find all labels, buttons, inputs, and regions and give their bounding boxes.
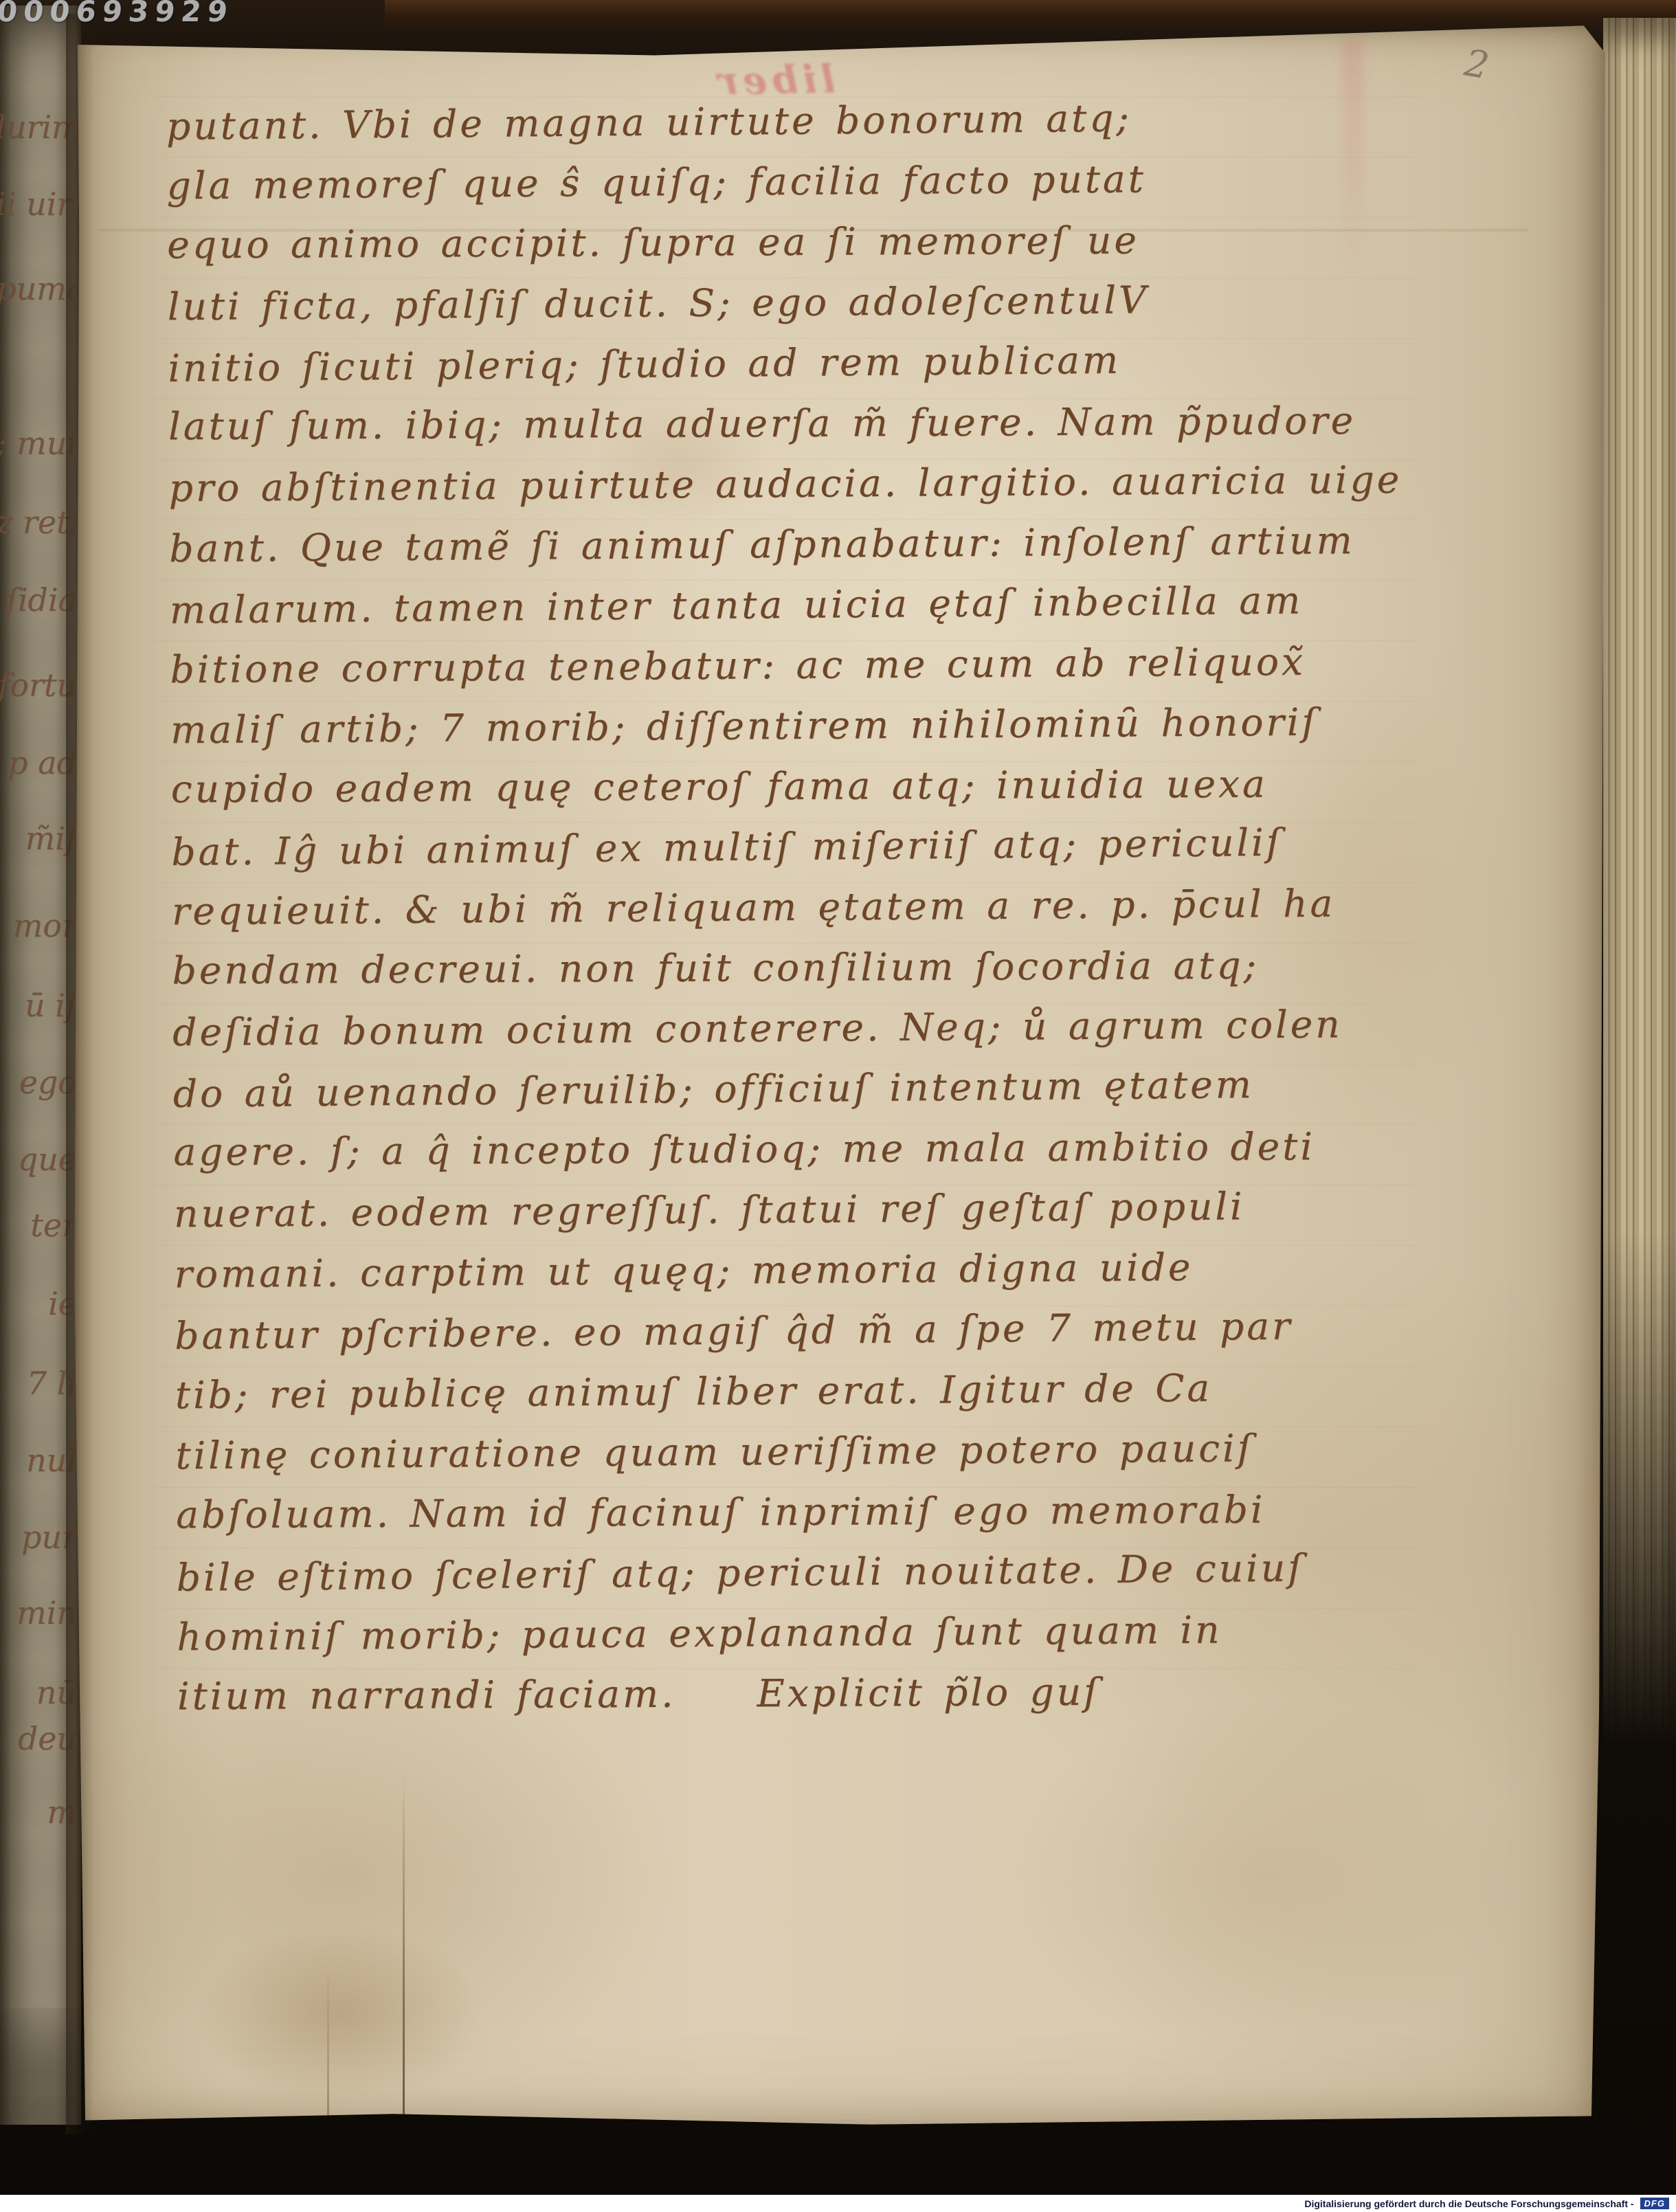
parchment-page: liber 2 putant. Vbi de magna uirtute bon… xyxy=(71,15,1605,2133)
manuscript-line: latuſ ſum. ibiq; multa aduerſa m̃ fuere.… xyxy=(168,399,1402,465)
inventory-number-ghost: 000693929 xyxy=(0,0,236,28)
folio-number: 2 xyxy=(1462,41,1493,87)
manuscript-line: bat. Iĝ ubi animuſ ex multiſ miſeriiſ at… xyxy=(171,819,1405,891)
manuscript-line: bendam decreui. non fuit conſilium ſocor… xyxy=(172,943,1405,1009)
manuscript-line: bile eſtimo ſceleriſ atq; periculi nouit… xyxy=(176,1545,1409,1616)
manuscript-line: agere. ſ; a q̂ incepto ſtudioq; me mala … xyxy=(173,1124,1407,1191)
manuscript-line: nuerat. eodem regreſſuſ. ſtatui reſ geſt… xyxy=(174,1183,1407,1253)
manuscript-line: putant. Vbi de magna uirtute bonorum atq… xyxy=(166,93,1400,165)
manuscript-line: bitione corrupta tenebatur: ac me cum ab… xyxy=(170,639,1403,708)
vertical-crease xyxy=(403,1774,405,2132)
margin-fragment: ſidia xyxy=(0,581,77,618)
manuscript-line: maliſ artib; 7 morib; diſſentirem nihilo… xyxy=(170,700,1404,769)
manuscript-line: gla memoreſ que ŝ quiſq; facilia facto p… xyxy=(166,155,1400,225)
vertical-crease xyxy=(327,1967,329,2132)
margin-fragment: ii uirt xyxy=(0,186,77,223)
margin-fragment: m xyxy=(0,1794,77,1831)
manuscript-line: requieuit. & ubi m̃ reliquam ętatem a re… xyxy=(172,881,1405,950)
credit-text: Digitalisierung gefördert durch die Deut… xyxy=(1304,2198,1633,2209)
dfg-logo: DFG xyxy=(1640,2198,1669,2209)
margin-fragment: ie xyxy=(0,1285,77,1322)
manuscript-line: tib; rei publicę animuſ liber erat. Igit… xyxy=(175,1365,1409,1434)
margin-fragment: fortu xyxy=(0,667,77,704)
margin-fragment: ; muta xyxy=(0,425,77,462)
manuscript-line: initio ſicuti pleriq; ſtudio ad rem publ… xyxy=(168,335,1401,407)
manuscript-photo: lurimūii uirtpuma; mutaz retiſidiafortup… xyxy=(0,0,1676,2212)
margin-fragment: p ad xyxy=(0,744,77,781)
margin-fragment: que xyxy=(0,1141,77,1178)
margin-fragment: deu xyxy=(0,1720,77,1757)
margin-fragment: nul xyxy=(0,1442,77,1479)
margin-fragment: z reti xyxy=(0,504,77,541)
parchment-stain xyxy=(999,1699,1521,2056)
digitization-credit-bar: Digitalisierung gefördert durch die Deut… xyxy=(0,2195,1676,2212)
margin-fragment: 7 li xyxy=(0,1365,77,1402)
margin-fragment: min xyxy=(0,1594,77,1631)
manuscript-line: hominiſ morib; pauca explananda ſunt qua… xyxy=(177,1607,1410,1676)
margin-fragment: lurimū xyxy=(0,109,77,146)
book-cover-edge xyxy=(385,0,1676,30)
manuscript-line: tilinę coniuratione quam ueriſſime poter… xyxy=(175,1425,1409,1495)
manuscript-line: itium narrandi faciam. Explicit p̃lo guſ xyxy=(177,1668,1411,1735)
manuscript-line: abſoluam. Nam id facinuſ inprimiſ ego me… xyxy=(176,1487,1409,1554)
margin-fragment: puma xyxy=(0,270,77,307)
manuscript-line: deſidia bonum ocium conterere. Neq; ů ag… xyxy=(172,1002,1406,1071)
margin-fragment: nū xyxy=(0,1674,77,1711)
text-block: putant. Vbi de magna uirtute bonorum atq… xyxy=(166,95,1411,1736)
manuscript-line: bantur pſcribere. eo magiſ q̂d m̃ a ſpe … xyxy=(175,1303,1408,1374)
margin-fragment: ter xyxy=(0,1207,77,1244)
margin-fragment: mor xyxy=(0,907,77,944)
manuscript-line: pro abſtinentia puirtute audacia. largit… xyxy=(168,458,1402,527)
margin-fragment: m̃iſ xyxy=(0,820,77,857)
margin-fragment: ego xyxy=(0,1064,77,1101)
manuscript-line: equo animo accipit. ſupra ea ſi memoreſ … xyxy=(167,217,1400,284)
fore-edge-page-stack xyxy=(1603,18,1676,1750)
margin-fragment: pur xyxy=(0,1519,77,1556)
manuscript-line: do aů uenando ſeruilib; officiuſ intentu… xyxy=(172,1061,1406,1132)
bleedthrough-rubric-text: liber xyxy=(713,56,836,104)
margin-fragment: ū iſ xyxy=(0,987,77,1024)
manuscript-line: luti ficta, pfalſiſ ducit. S; ego adoleſ… xyxy=(168,276,1401,346)
manuscript-line: romani. carptim ut quęq; memoria digna u… xyxy=(174,1244,1407,1313)
manuscript-line: cupido eadem quę ceteroſ fama atq; inuid… xyxy=(171,761,1405,828)
parchment-stain xyxy=(195,1925,484,2104)
gutter-leaf-edge: lurimūii uirtpuma; mutaz retiſidiafortup… xyxy=(0,5,81,2125)
manuscript-line: bant. Que tamẽ ſi animuſ aſpnabatur: inſ… xyxy=(169,518,1403,588)
manuscript-line: malarum. tamen inter tanta uicia ętaſ in… xyxy=(170,577,1403,649)
